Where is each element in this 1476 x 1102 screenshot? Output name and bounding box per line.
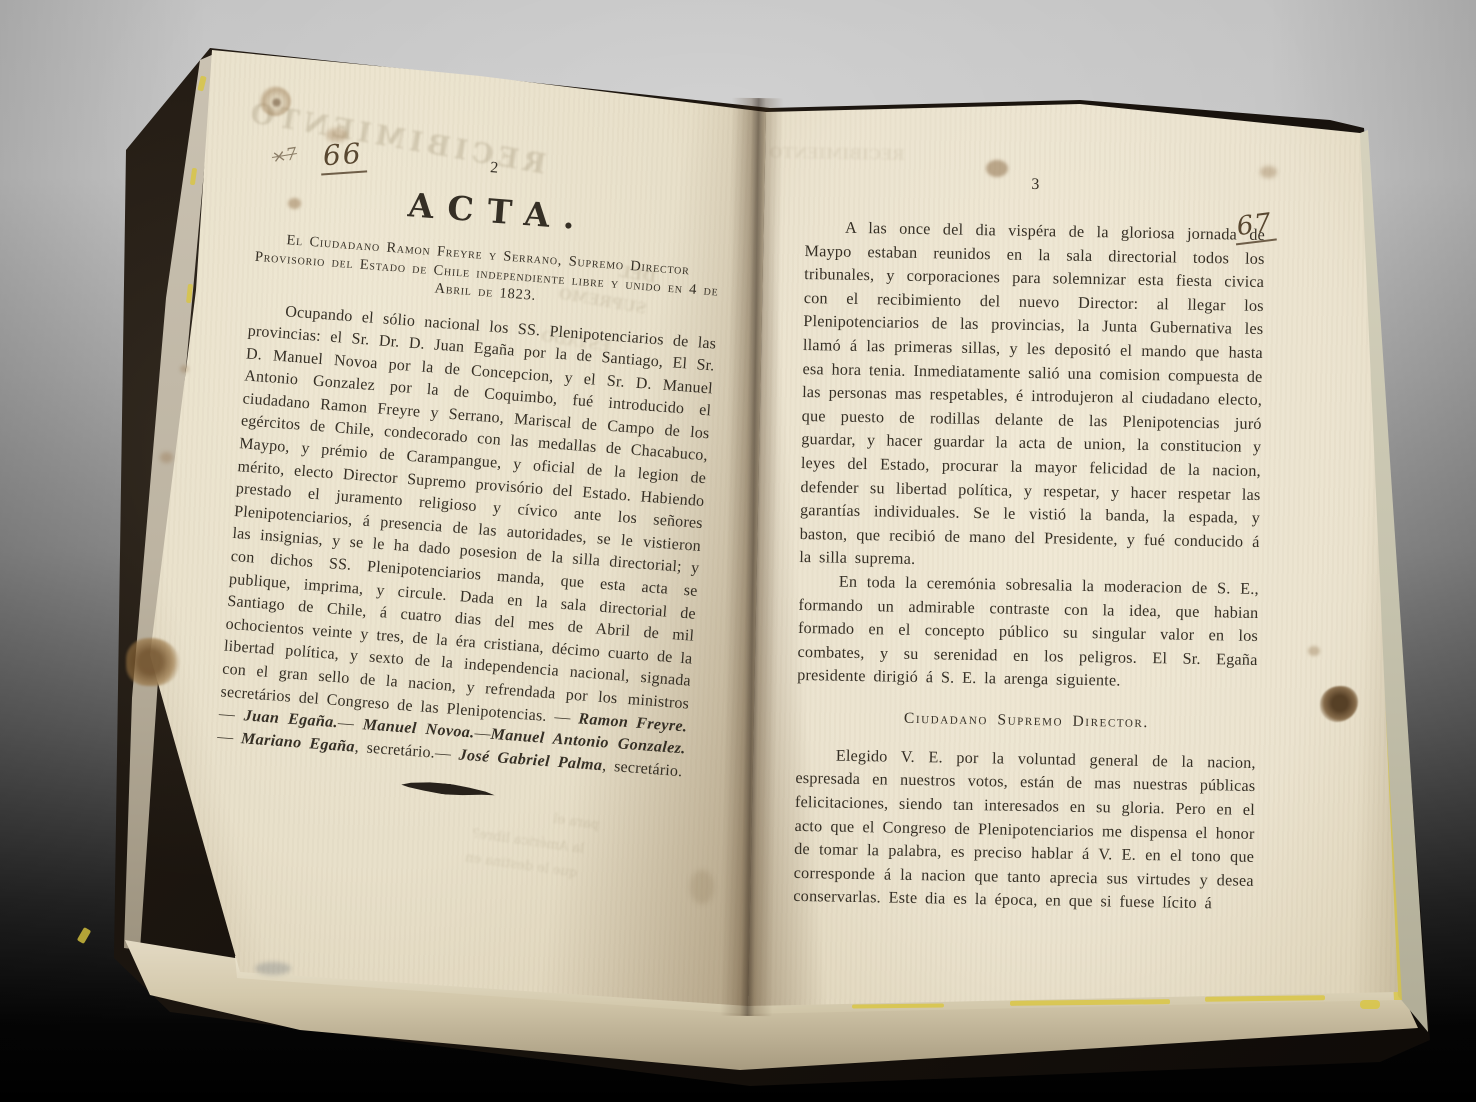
speech-paragraph: Elegido V. E. por la voluntad general de…: [793, 744, 1256, 917]
left-page-text-column: 2 ACTA. El Ciudadano Ramon Freyre y Serr…: [214, 142, 728, 813]
handwritten-crossed-out-number: ×7: [271, 144, 299, 168]
narrative-paragraph-2: En toda la ceremónia sobresalia la moder…: [797, 570, 1259, 696]
handwritten-folio-number-67: 67: [1232, 208, 1277, 246]
decree-body-paragraph: Ocupando el sólio nacional los SS. Pleni…: [216, 298, 717, 784]
photo-background: RECIBIMIENTO DEL SUPREMO ESTADO para el …: [0, 0, 1476, 1102]
right-page-text-column: 3 A las once del dia vispéra de la glori…: [793, 172, 1266, 917]
narrative-paragraph-1: A las once del dia vispéra de la glorios…: [799, 216, 1265, 578]
speech-subheading: Ciudadano Supremo Director.: [796, 708, 1256, 734]
handwritten-folio-number-66: 66: [319, 136, 367, 175]
showthrough-text: RECIBIMIENTO: [769, 144, 905, 164]
yellow-edge-fleck: [77, 927, 91, 944]
